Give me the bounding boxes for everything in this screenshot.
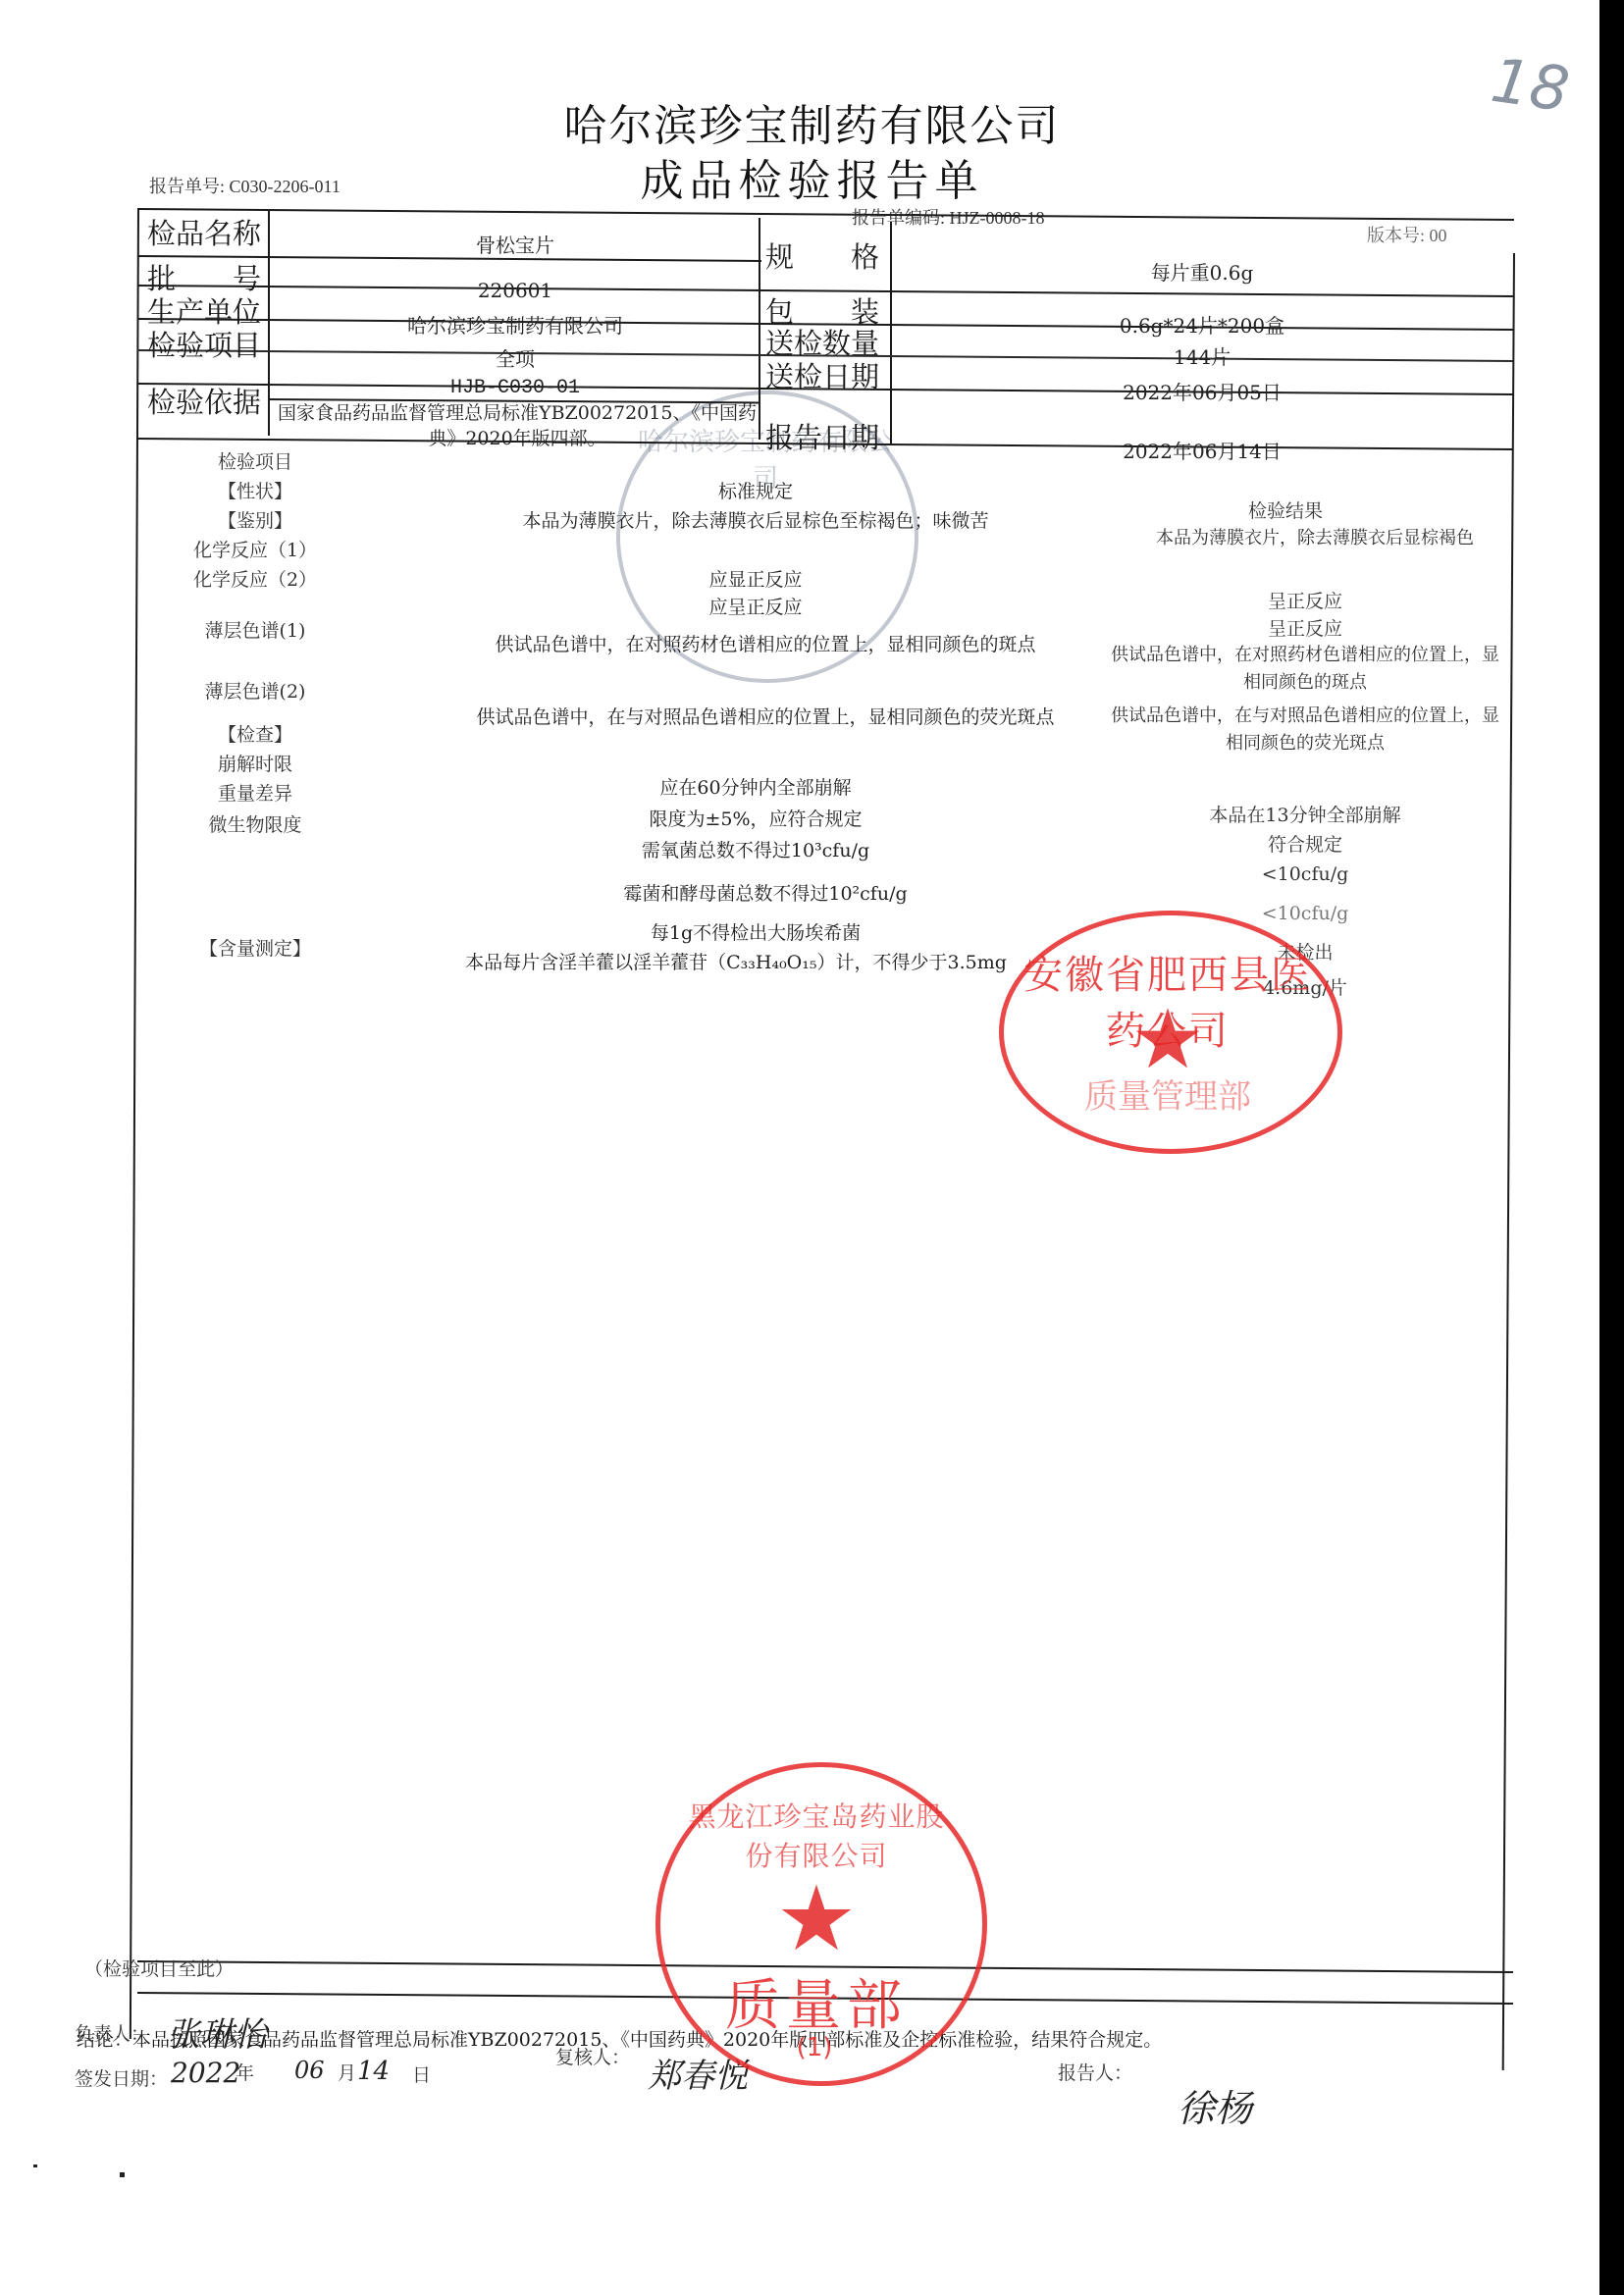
company-title: 哈尔滨珍宝制药有限公司 bbox=[0, 90, 1624, 153]
col-header-result: 检验结果 bbox=[1079, 496, 1492, 523]
row-item: 薄层色谱(2) bbox=[147, 677, 363, 704]
row-standard: 限度为±5%，应符合规定 bbox=[540, 805, 971, 831]
basis-label: 检验依据 bbox=[147, 381, 261, 421]
row-standard: 应显正反应 bbox=[589, 565, 922, 592]
row-result: 供试品色谱中，在与对照品色谱相应的位置上，显相同颜色的荧光斑点 bbox=[1109, 703, 1501, 757]
row-result: 呈正反应 bbox=[1099, 587, 1511, 613]
test-items-value: 全项 bbox=[275, 343, 756, 372]
scan-edge bbox=[1599, 0, 1624, 2295]
row-standard: 供试品色谱中，在对照药材色谱相应的位置上，显相同颜色的斑点 bbox=[432, 630, 1099, 656]
issue-month: 06 bbox=[294, 2057, 325, 2084]
row-item: 【含量测定】 bbox=[147, 934, 363, 961]
received-stamp-sub: 质量管理部 bbox=[1040, 1069, 1295, 1118]
manufacturer-value: 哈尔滨珍宝制药有限公司 bbox=[275, 310, 756, 339]
year-unit: 年 bbox=[236, 2059, 254, 2085]
sample-qty-value: 144片 bbox=[893, 341, 1511, 370]
row-result: 本品在13分钟全部崩解 bbox=[1099, 801, 1511, 827]
spec-value: 每片重0.6g bbox=[893, 257, 1511, 286]
row-result: 本品为薄膜衣片，除去薄膜衣后显棕褐色 bbox=[1109, 524, 1521, 549]
issue-day: 14 bbox=[357, 2057, 390, 2086]
report-number-value: C030-2206-011 bbox=[230, 177, 341, 196]
product-name-value: 骨松宝片 bbox=[275, 230, 756, 258]
issue-date-label: 签发日期： bbox=[75, 2064, 168, 2091]
batch-value: 220601 bbox=[275, 279, 756, 302]
row-result: 供试品色谱中，在对照药材色谱相应的位置上，显相同颜色的斑点 bbox=[1109, 642, 1501, 697]
row-standard: 本品为薄膜衣片，除去薄膜衣后显棕色至棕褐色；味微苦 bbox=[422, 506, 1089, 533]
responsible-label: 负责人： bbox=[75, 2019, 149, 2046]
quality-stamp-sub: 质量部 bbox=[703, 1962, 930, 2041]
version: 版本号: 00 bbox=[1367, 222, 1447, 247]
scan-speck bbox=[120, 2172, 125, 2177]
row-result: 呈正反应 bbox=[1099, 614, 1511, 641]
row-item: 重量差异 bbox=[147, 779, 363, 806]
reviewer-label: 复核人： bbox=[555, 2043, 630, 2069]
row-standard: 霉菌和酵母菌总数不得过10²cfu/g bbox=[510, 879, 1021, 906]
row-standard: 需氧菌总数不得过10³cfu/g bbox=[540, 836, 971, 862]
version-label: 版本号: bbox=[1367, 226, 1425, 245]
reporter-label: 报告人： bbox=[1058, 2059, 1132, 2085]
row-result: <10cfu/g bbox=[1099, 863, 1511, 885]
col-header-item: 检验项目 bbox=[147, 447, 363, 474]
sample-date-value: 2022年06月05日 bbox=[893, 377, 1511, 405]
test-items-label: 检验项目 bbox=[147, 324, 261, 364]
col-header-standard: 标准规定 bbox=[471, 477, 1040, 503]
report-date-label: 报告日期 bbox=[765, 416, 879, 456]
row-item: 薄层色谱(1) bbox=[147, 616, 363, 643]
scan-speck bbox=[33, 2165, 37, 2167]
report-number: 报告单号: C030-2206-011 bbox=[149, 173, 341, 198]
row-standard: 本品每片含淫羊藿以淫羊藿苷（C₃₃H₄₀O₁₅）计，不得少于3.5mg bbox=[432, 948, 1040, 974]
responsible-signature: 张琳怡 bbox=[167, 2008, 267, 2056]
package-value: 0.6g*24片*200盒 bbox=[893, 310, 1511, 339]
day-unit: 日 bbox=[412, 2060, 431, 2087]
report-number-label: 报告单号: bbox=[149, 177, 225, 196]
row-standard: 每1g不得检出大肠埃希菌 bbox=[540, 918, 971, 945]
row-item: 【性状】 bbox=[147, 477, 363, 503]
quality-stamp-text: 黑龙江珍宝岛药业股份有限公司 bbox=[677, 1796, 956, 1874]
row-item: 崩解时限 bbox=[147, 750, 363, 776]
row-standard: 应在60分钟内全部崩解 bbox=[540, 773, 971, 800]
report-date-value: 2022年06月14日 bbox=[893, 436, 1511, 464]
row-standard: 供试品色谱中，在与对照品色谱相应的位置上，显相同颜色的荧光斑点 bbox=[412, 703, 1119, 729]
row-result: 符合规定 bbox=[1099, 830, 1511, 857]
issue-year: 2022 bbox=[171, 2057, 240, 2089]
quality-stamp-star-icon: ★ bbox=[748, 1866, 885, 1971]
row-item: 【鉴别】 bbox=[147, 506, 363, 533]
row-standard: 应呈正反应 bbox=[589, 593, 922, 619]
row-item: 化学反应（2） bbox=[147, 565, 363, 592]
basis-code: HJB-C030-01 bbox=[275, 377, 756, 399]
quality-stamp-code: (1) bbox=[785, 2033, 844, 2062]
row-item: 微生物限度 bbox=[147, 810, 363, 837]
basis-text: 国家食品药品监督管理总局标准YBZ00272015、《中国药典》2020年版四部… bbox=[273, 400, 761, 451]
sample-date-label: 送检日期 bbox=[765, 355, 879, 395]
report-code-label: 报告单编码: bbox=[852, 208, 945, 228]
reporter-signature: 徐杨 bbox=[1178, 2078, 1252, 2132]
spec-label: 规 格 bbox=[765, 235, 879, 276]
row-item: 【检查】 bbox=[147, 720, 363, 747]
row-item: 化学反应（1） bbox=[147, 536, 363, 562]
report-code-value: HJZ-0008-18 bbox=[950, 208, 1045, 228]
end-note: （检验项目至此） bbox=[84, 1955, 234, 1981]
version-value: 00 bbox=[1430, 226, 1447, 245]
month-unit: 月 bbox=[338, 2059, 356, 2085]
product-name-label: 检品名称 bbox=[147, 212, 261, 252]
